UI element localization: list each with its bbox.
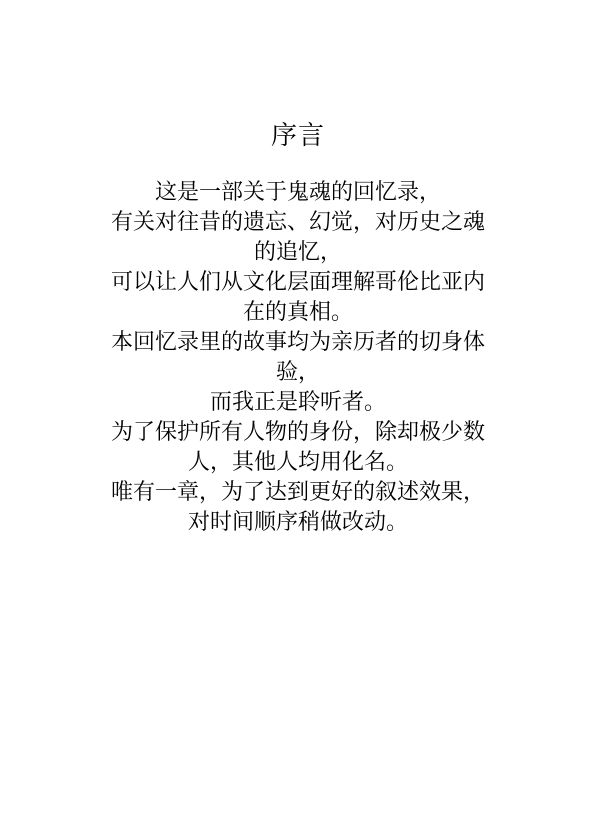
text-line: 可以让人们从文化层面理解哥伦比亚内 <box>100 267 496 297</box>
text-line: 这是一部关于鬼魂的回忆录， <box>100 177 496 207</box>
text-line: 在的真相。 <box>100 297 496 327</box>
text-line: 而我正是聆听者。 <box>100 387 496 417</box>
chapter-title: 序言 <box>100 118 496 152</box>
text-line: 本回忆录里的故事均为亲历者的切身体 <box>100 327 496 357</box>
text-line: 的追忆， <box>100 237 496 267</box>
text-line: 为了保护所有人物的身份，除却极少数 <box>100 417 496 447</box>
text-line: 有关对往昔的遗忘、幻觉，对历史之魂 <box>100 207 496 237</box>
text-line: 对时间顺序稍做改动。 <box>100 507 496 537</box>
text-line: 唯有一章，为了达到更好的叙述效果， <box>100 477 496 507</box>
preface-text: 这是一部关于鬼魂的回忆录， 有关对往昔的遗忘、幻觉，对历史之魂 的追忆， 可以让… <box>100 177 496 537</box>
text-line: 人，其他人均用化名。 <box>100 447 496 477</box>
ebook-page: 序言 这是一部关于鬼魂的回忆录， 有关对往昔的遗忘、幻觉，对历史之魂 的追忆， … <box>0 0 596 835</box>
text-line: 验， <box>100 357 496 387</box>
